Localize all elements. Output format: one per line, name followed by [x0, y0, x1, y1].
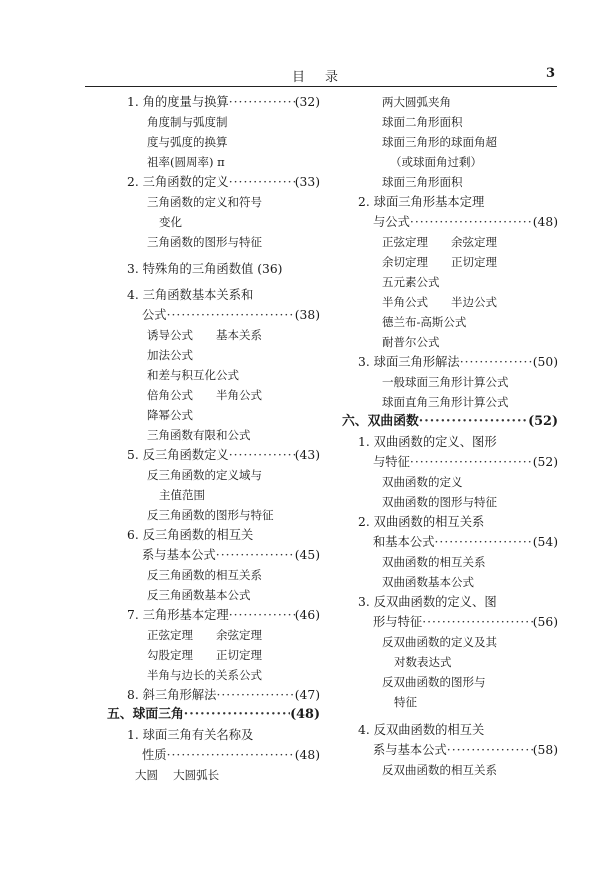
toc-entry-title: 公式 [142, 305, 167, 325]
toc-page-ref: (58) [533, 740, 558, 760]
toc-entry-title: 1. 角的度量与换算 [127, 92, 229, 112]
leader-dots: ········································… [422, 612, 533, 632]
toc-entry-title: 倍角公式 半角公式 [147, 385, 262, 405]
toc-entry-title: 德兰布-高斯公式 [382, 312, 466, 332]
toc-entry-title: 2. 双曲函数的相互关系 [358, 512, 484, 532]
toc-entry: 3. 特殊角的三角函数值 (36) [127, 259, 282, 279]
toc-subitem: 反三角函数的图形与特征 [147, 505, 274, 525]
toc-subitem: 双曲函数的图形与特征 [382, 492, 497, 512]
leader-dots: ········································… [229, 445, 295, 465]
toc-subitem: 球面三角形的球面角超 [382, 132, 497, 152]
toc-entry-title: 3. 反双曲函数的定义、图 [358, 592, 497, 612]
toc-subitem: 反三角函数的相互关系 [147, 565, 262, 585]
toc-subitem: 两大圆弧夹角 [382, 92, 451, 112]
toc-entry-title: 形与特征 [373, 612, 422, 632]
toc-page-ref: (32) [295, 92, 320, 112]
toc-subitem: 倍角公式 半角公式 [147, 385, 262, 405]
toc-page-ref: (56) [533, 612, 558, 632]
toc-entry: 8. 斜三角形解法·······························… [127, 685, 320, 705]
toc-entry-title: 反双曲函数的图形与 [382, 672, 486, 692]
toc-entry: 6. 反三角函数的相互关 [127, 525, 253, 545]
leader-dots: ········································… [229, 172, 295, 192]
toc-subitem: 球面二角形面积 [382, 112, 463, 132]
toc-entry: 1. 角的度量与换算······························… [127, 92, 320, 112]
toc-entry-title: 主值范围 [159, 485, 205, 505]
toc-subitem: 主值范围 [159, 485, 205, 505]
toc-entry-title: 8. 斜三角形解法 [127, 685, 216, 705]
toc-subitem: 德兰布-高斯公式 [382, 312, 466, 332]
toc-entry-title: 和基本公式 [373, 532, 435, 552]
toc-subitem: 双曲函数的定义 [382, 472, 463, 492]
toc-entry-title: 与特征 [373, 452, 410, 472]
toc-subitem: 半角与边长的关系公式 [147, 665, 262, 685]
toc-page-ref: (47) [295, 685, 320, 705]
toc-page-ref: (52) [528, 412, 558, 432]
toc-entry-title: 耐普尔公式 [382, 332, 440, 352]
toc-subitem: 球面直角三角形计算公式 [382, 392, 509, 412]
toc-entry-title: 余切定理 正切定理 [382, 252, 497, 272]
toc-entry: 5. 反三角函数定义······························… [127, 445, 320, 465]
toc-subitem: （或球面角过剩） [390, 152, 482, 172]
toc-chapter: 五、球面三角··································… [107, 705, 320, 725]
toc-page-ref: (45) [295, 545, 320, 565]
toc-subitem: 反双曲函数的定义及其 [382, 632, 497, 652]
toc-entry-title: 三角函数有限和公式 [147, 425, 251, 445]
leader-dots: ········································… [410, 452, 533, 472]
toc-entry-title: 3. 特殊角的三角函数值 (36) [127, 259, 282, 279]
toc-entry: 3. 球面三角形解法······························… [358, 352, 558, 372]
toc-entry: 与公式·····································… [373, 212, 558, 232]
toc-page-ref: (54) [533, 532, 558, 552]
toc-subitem: 三角函数有限和公式 [147, 425, 251, 445]
toc-entry-title: 一般球面三角形计算公式 [382, 372, 509, 392]
toc-entry-title: 球面三角形的球面角超 [382, 132, 497, 152]
toc-entry: 性质······································… [142, 745, 320, 765]
toc-entry-title: 6. 反三角函数的相互关 [127, 525, 253, 545]
toc-entry-title: 双曲函数的定义 [382, 472, 463, 492]
toc-subitem: 祖率(圆周率) π [147, 152, 225, 172]
toc-entry: 与特征·····································… [373, 452, 558, 472]
toc-entry-title: 五元素公式 [382, 272, 440, 292]
toc-subitem: 正弦定理 余弦定理 [147, 625, 262, 645]
toc-entry-title: 五、球面三角 [107, 705, 184, 725]
leader-dots: ········································… [216, 545, 295, 565]
toc-entry-title: 半角与边长的关系公式 [147, 665, 262, 685]
toc-entry-title: 反三角函数的定义域与 [147, 465, 262, 485]
toc-entry-title: 4. 三角函数基本关系和 [127, 285, 253, 305]
toc-subitem: 耐普尔公式 [382, 332, 440, 352]
toc-entry: 形与特征····································… [373, 612, 558, 632]
toc-entry: 和基本公式···································… [373, 532, 558, 552]
toc-entry-title: 2. 球面三角形基本定理 [358, 192, 484, 212]
toc-entry-title: 系与基本公式 [373, 740, 447, 760]
toc-subitem: 一般球面三角形计算公式 [382, 372, 509, 392]
toc-entry-title: 与公式 [373, 212, 410, 232]
leader-dots: ········································… [435, 532, 533, 552]
leader-dots: ········································… [184, 705, 290, 725]
toc-page-ref: (48) [533, 212, 558, 232]
toc-subitem: 五元素公式 [382, 272, 440, 292]
toc-subitem: 半角公式 半边公式 [382, 292, 497, 312]
toc-entry-title: 球面直角三角形计算公式 [382, 392, 509, 412]
toc-page-ref: (50) [533, 352, 558, 372]
toc-entry: 3. 反双曲函数的定义、图 [358, 592, 497, 612]
toc-subitem: 加法公式 [147, 345, 193, 365]
toc-entry-title: 7. 三角形基本定理 [127, 605, 229, 625]
toc-subitem: 勾股定理 正切定理 [147, 645, 262, 665]
toc-entry-title: 勾股定理 正切定理 [147, 645, 262, 665]
toc-entry-title: 1. 球面三角有关名称及 [127, 725, 253, 745]
toc-entry-title: 系与基本公式 [142, 545, 216, 565]
leader-dots: ········································… [229, 605, 295, 625]
toc-subitem: 三角函数的定义和符号 [147, 192, 262, 212]
leader-dots: ········································… [447, 740, 533, 760]
toc-entry: 2. 三角函数的定义······························… [127, 172, 320, 192]
toc-entry-title: 祖率(圆周率) π [147, 152, 225, 172]
toc-entry-title: 对数表达式 [394, 652, 452, 672]
toc-page-ref: (46) [295, 605, 320, 625]
toc-subitem: 正弦定理 余弦定理 [382, 232, 497, 252]
toc-entry-title: 4. 反双曲函数的相互关 [358, 720, 484, 740]
toc-entry-title: 变化 [159, 212, 182, 232]
toc-entry-title: 两大圆弧夹角 [382, 92, 451, 112]
toc-entry-title: 正弦定理 余弦定理 [147, 625, 262, 645]
toc-entry: 4. 三角函数基本关系和 [127, 285, 253, 305]
toc-entry: 1. 球面三角有关名称及 [127, 725, 253, 745]
leader-dots: ········································… [167, 745, 295, 765]
toc-entry-title: 2. 三角函数的定义 [127, 172, 229, 192]
toc-subitem: 变化 [159, 212, 182, 232]
toc-entry: 系与基本公式··································… [142, 545, 320, 565]
page-header: 目录 3 [85, 62, 557, 84]
toc-entry-title: 反双曲函数的定义及其 [382, 632, 497, 652]
toc-page-ref: (48) [290, 705, 320, 725]
toc-entry-title: 双曲函数的相互关系 [382, 552, 486, 572]
toc-entry-title: 六、双曲函数 [342, 412, 419, 432]
toc-subitem: 反三角函数的定义域与 [147, 465, 262, 485]
toc-entry-title: 三角函数的定义和符号 [147, 192, 262, 212]
toc-entry: 1. 双曲函数的定义、图形 [358, 432, 497, 452]
toc-subitem: 双曲函数的相互关系 [382, 552, 486, 572]
toc-subitem: 对数表达式 [394, 652, 452, 672]
leader-dots: ········································… [167, 305, 295, 325]
leader-dots: ········································… [410, 212, 533, 232]
toc-entry-title: 反三角函数的相互关系 [147, 565, 262, 585]
page-number: 3 [546, 66, 555, 81]
toc-entry-title: 反三角函数基本公式 [147, 585, 251, 605]
toc-entry-title: 性质 [142, 745, 167, 765]
toc-entry-title: 角度制与弧度制 [147, 112, 228, 132]
toc-entry: 系与基本公式··································… [373, 740, 558, 760]
toc-subitem: 余切定理 正切定理 [382, 252, 497, 272]
page-title: 目录 [292, 66, 358, 85]
leader-dots: ········································… [216, 685, 294, 705]
toc-page-ref: (43) [295, 445, 320, 465]
toc-page-ref: (52) [533, 452, 558, 472]
toc-entry-title: 度与弧度的换算 [147, 132, 228, 152]
leader-dots: ········································… [460, 352, 533, 372]
toc-entry: 公式······································… [142, 305, 320, 325]
toc-entry-title: 反双曲函数的相互关系 [382, 760, 497, 780]
toc-entry-title: 3. 球面三角形解法 [358, 352, 460, 372]
toc-entry-title: 特征 [394, 692, 417, 712]
toc-subitem: 角度制与弧度制 [147, 112, 228, 132]
toc-entry-title: 和差与积互化公式 [147, 365, 239, 385]
toc-entry-title: 正弦定理 余弦定理 [382, 232, 497, 252]
toc-page-ref: (38) [295, 305, 320, 325]
toc-entry-title: 加法公式 [147, 345, 193, 365]
toc-subitem: 反三角函数基本公式 [147, 585, 251, 605]
toc-entry-title: （或球面角过剩） [390, 152, 482, 172]
toc-subitem: 大圆 大圆弧长 [135, 765, 219, 785]
toc-entry-title: 大圆 大圆弧长 [135, 765, 219, 785]
toc-entry: 2. 球面三角形基本定理 [358, 192, 484, 212]
toc-entry-title: 反三角函数的图形与特征 [147, 505, 274, 525]
toc-entry-title: 球面三角形面积 [382, 172, 463, 192]
toc-subitem: 特征 [394, 692, 417, 712]
toc-entry-title: 双曲函数的图形与特征 [382, 492, 497, 512]
leader-dots: ········································… [229, 92, 295, 112]
toc-entry-title: 三角函数的图形与特征 [147, 232, 262, 252]
toc-subitem: 度与弧度的换算 [147, 132, 228, 152]
toc-subitem: 反双曲函数的相互关系 [382, 760, 497, 780]
toc-entry-title: 诱导公式 基本关系 [147, 325, 262, 345]
toc-entry-title: 球面二角形面积 [382, 112, 463, 132]
toc-entry: 2. 双曲函数的相互关系 [358, 512, 484, 532]
toc-subitem: 反双曲函数的图形与 [382, 672, 486, 692]
toc-subitem: 和差与积互化公式 [147, 365, 239, 385]
toc-entry-title: 降幂公式 [147, 405, 193, 425]
toc-entry: 4. 反双曲函数的相互关 [358, 720, 484, 740]
header-rule [85, 86, 557, 87]
leader-dots: ········································… [419, 412, 528, 432]
toc-entry-title: 双曲函数基本公式 [382, 572, 474, 592]
toc-subitem: 双曲函数基本公式 [382, 572, 474, 592]
toc-subitem: 诱导公式 基本关系 [147, 325, 262, 345]
toc-entry-title: 5. 反三角函数定义 [127, 445, 229, 465]
toc-chapter: 六、双曲函数··································… [342, 412, 558, 432]
toc-page-ref: (33) [295, 172, 320, 192]
toc-subitem: 球面三角形面积 [382, 172, 463, 192]
toc-subitem: 降幂公式 [147, 405, 193, 425]
toc-entry-title: 1. 双曲函数的定义、图形 [358, 432, 497, 452]
toc-subitem: 三角函数的图形与特征 [147, 232, 262, 252]
toc-page-ref: (48) [295, 745, 320, 765]
toc-entry: 7. 三角形基本定理······························… [127, 605, 320, 625]
toc-entry-title: 半角公式 半边公式 [382, 292, 497, 312]
